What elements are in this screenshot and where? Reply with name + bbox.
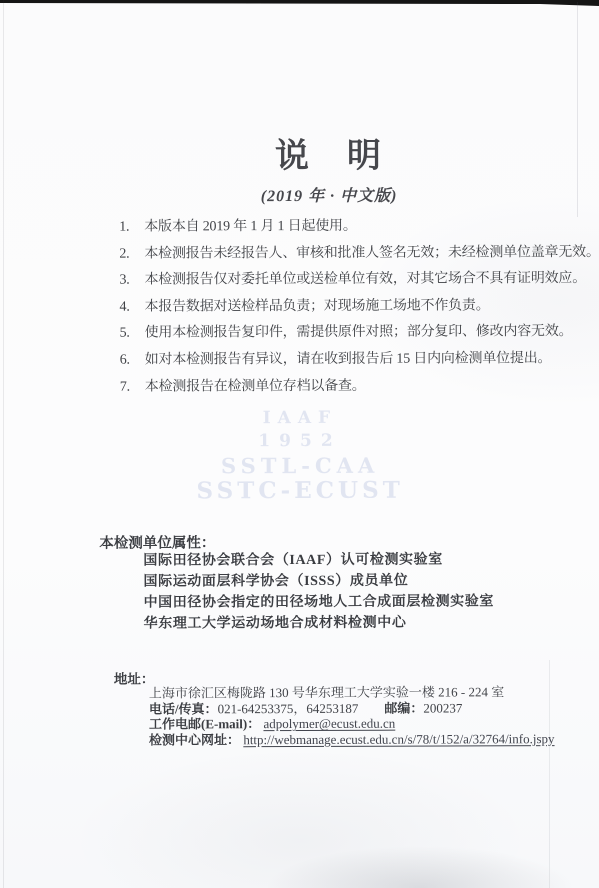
phone-label: 电话/传真： [149,701,218,716]
notes-list: 1. 本版本自 2019 年 1 月 1 日起使用。 2. 本检测报告未经报告人… [119,213,582,401]
website-link: http://webmanage.ecust.edu.cn/s/78/t/152… [243,731,554,747]
item-text: 使用本检测报告复印件，需提供原件对照；部分复印、修改内容无效。 [145,319,582,347]
item-number: 1. [119,215,144,242]
website-line: 检测中心网址： http://webmanage.ecust.edu.cn/s/… [149,731,555,748]
attribute-item: 国际运动面层科学协会（ISSS）成员单位 [143,570,493,592]
contact-block: 上海市徐汇区梅陇路 130 号华东理工大学实验一楼 216 - 224 室 电话… [149,684,555,748]
item-text: 本检测报告在检测单位存档以备查。 [145,373,582,401]
item-text: 本版本自 2019 年 1 月 1 日起使用。 [144,213,581,241]
watermark-1952: 1952 [30,430,570,452]
document-content: 说 明 (2019 年 · 中文版) 1. 本版本自 2019 年 1 月 1 … [0,0,599,888]
item-text: 如对本检测报告有异议，请在收到报告后 15 日内向检测单位提出。 [145,346,582,374]
unit-attributes-list: 国际田径协会联合会（IAAF）认可检测实验室 国际运动面层科学协会（ISSS）成… [143,549,494,634]
item-number: 6. [120,348,145,375]
page-subtitle: (2019 年 · 中文版) [94,182,564,207]
attribute-item: 中国田径协会指定的田径场地人工合成面层检测实验室 [144,591,494,613]
item-number: 5. [120,321,145,348]
list-item: 5. 使用本检测报告复印件，需提供原件对照；部分复印、修改内容无效。 [120,319,582,347]
item-text: 本检测报告未经报告人、审核和批准人签名无效；未经检测单位盖章无效。 [144,240,599,268]
list-item: 4. 本报告数据对送检样品负责；对现场施工场地不作负责。 [119,293,581,321]
watermark-iaaf: IAAF [30,407,570,429]
list-item: 6. 如对本检测报告有异议，请在收到报告后 15 日内向检测单位提出。 [120,346,582,374]
watermark-sstl-caa: SSTL-CAA [30,452,570,479]
website-label: 检测中心网址： [149,732,240,747]
item-text: 本报告数据对送检样品负责；对现场施工场地不作负责。 [144,293,581,321]
item-number: 7. [120,374,145,401]
list-item: 3. 本检测报告仅对委托单位或送检单位有效，对其它场合不具有证明效应。 [119,266,581,294]
item-text: 本检测报告仅对委托单位或送检单位有效，对其它场合不具有证明效应。 [144,266,586,294]
email-link: adpolymer@ecust.edu.cn [263,716,395,731]
attribute-item: 华东理工大学运动场地合成材料检测中心 [144,612,494,634]
item-number: 3. [119,268,144,295]
scanned-document-page: 说 明 (2019 年 · 中文版) 1. 本版本自 2019 年 1 月 1 … [0,0,599,888]
zip-value: 200237 [423,700,462,715]
item-number: 2. [119,241,144,268]
zip-label: 邮编： [384,700,423,715]
phone-line: 电话/传真：021-64253375，64253187邮编：200237 [149,700,555,717]
item-number: 4. [119,294,144,321]
email-label: 工作电邮(E-mail)： [149,716,260,731]
list-item: 2. 本检测报告未经报告人、审核和批准人签名无效；未经检测单位盖章无效。 [119,240,581,268]
email-line: 工作电邮(E-mail)： adpolymer@ecust.edu.cn [149,715,555,732]
phone-value: 021-64253375，64253187 [218,700,359,715]
list-item: 1. 本版本自 2019 年 1 月 1 日起使用。 [119,213,581,241]
street-address: 上海市徐汇区梅陇路 130 号华东理工大学实验一楼 216 - 224 室 [149,684,555,701]
list-item: 7. 本检测报告在检测单位存档以备查。 [120,373,582,401]
attribute-item: 国际田径协会联合会（IAAF）认可检测实验室 [143,549,493,571]
watermark-sstc-ecust: SSTC-ECUST [30,476,570,505]
page-title: 说 明 [94,127,564,178]
